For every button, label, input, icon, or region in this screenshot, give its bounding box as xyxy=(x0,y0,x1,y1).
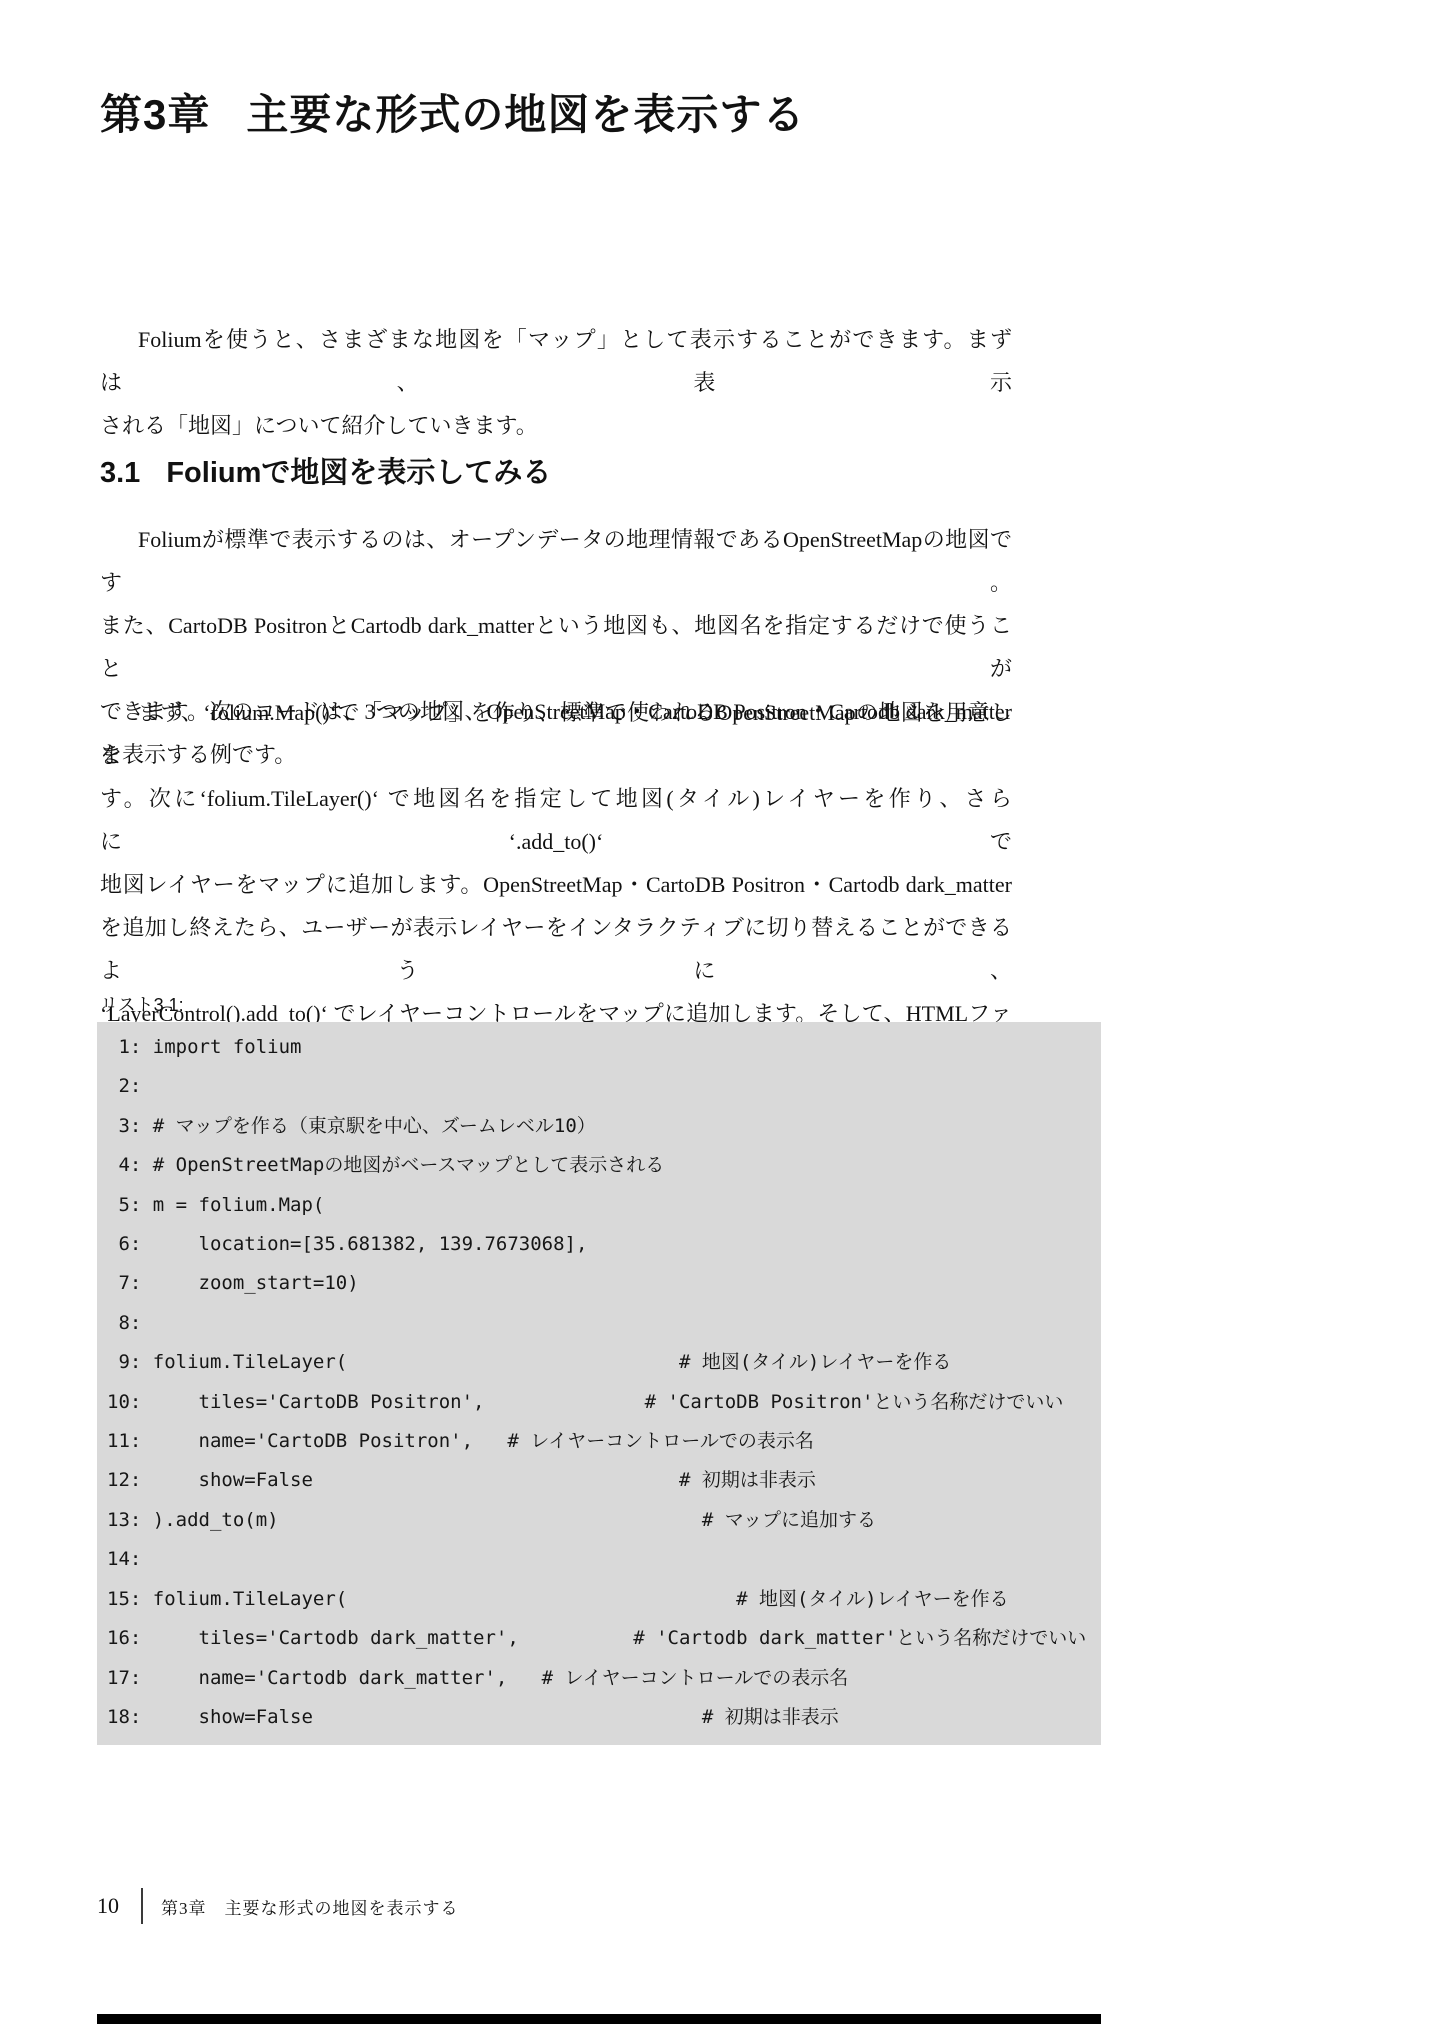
code-line: 2: xyxy=(107,1067,1101,1106)
code-line: 17: name='Cartodb dark_matter', # レイヤーコン… xyxy=(107,1659,1101,1698)
footer-divider xyxy=(141,1888,143,1924)
chapter-number: 第3章 xyxy=(100,91,210,138)
code-line: 4: # OpenStreetMapの地図がベースマップとして表示される xyxy=(107,1146,1101,1185)
section-number: 3.1 xyxy=(100,457,140,489)
paragraph-line: される「地図」について紹介していきます。 xyxy=(100,404,1012,447)
page-footer: 10 第3章 主要な形式の地図を表示する xyxy=(97,1888,459,1924)
chapter-title: 主要な形式の地図を表示する xyxy=(246,91,805,138)
code-line: 16: tiles='Cartodb dark_matter', # 'Cart… xyxy=(107,1619,1101,1658)
code-line: 13: ).add_to(m) # マップに追加する xyxy=(107,1501,1101,1540)
code-line: 9: folium.TileLayer( # 地図(タイル)レイヤーを作る xyxy=(107,1343,1101,1382)
paragraph-line: まず、‘folium.Map()‘で「マップ」を作り、標準で使われるOpenSt… xyxy=(100,691,1012,777)
code-line: 1: import folium xyxy=(107,1028,1101,1067)
paragraph-line: Foliumを使うと、さまざまな地図を「マップ」として表示することができます。ま… xyxy=(100,318,1012,404)
code-line: 8: xyxy=(107,1304,1101,1343)
code-line: 11: name='CartoDB Positron', # レイヤーコントロー… xyxy=(107,1422,1101,1461)
code-line: 18: show=False # 初期は非表示 xyxy=(107,1698,1101,1737)
listing-label: リスト3.1: xyxy=(100,991,184,1017)
section-heading: 3.1Foliumで地図を表示してみる xyxy=(100,450,551,491)
code-line: 15: folium.TileLayer( # 地図(タイル)レイヤーを作る xyxy=(107,1580,1101,1619)
footer-chapter-ref: 第3章 主要な形式の地図を表示する xyxy=(161,1894,459,1919)
code-line: 5: m = folium.Map( xyxy=(107,1186,1101,1225)
paragraph-line: 地図レイヤーをマップに追加します。OpenStreetMap・CartoDB P… xyxy=(100,863,1012,906)
paragraph-line: す。次に‘folium.TileLayer()‘ で地図名を指定して地図(タイル… xyxy=(100,777,1012,863)
page-edge-bar xyxy=(97,2014,1101,2024)
page-number: 10 xyxy=(97,1893,131,1919)
chapter-heading: 第3章主要な形式の地図を表示する xyxy=(100,82,805,142)
code-line: 14: xyxy=(107,1540,1101,1579)
code-line: 12: show=False # 初期は非表示 xyxy=(107,1461,1101,1500)
book-page: 第3章主要な形式の地図を表示する Foliumを使うと、さまざまな地図を「マップ… xyxy=(0,0,1433,2024)
code-listing: 1: import folium 2: 3: # マップを作る（東京駅を中心、ズ… xyxy=(97,1022,1101,1745)
code-line: 7: zoom_start=10) xyxy=(107,1264,1101,1303)
intro-paragraph: Foliumを使うと、さまざまな地図を「マップ」として表示することができます。ま… xyxy=(100,318,1012,447)
code-line: 3: # マップを作る（東京駅を中心、ズームレベル10） xyxy=(107,1107,1101,1146)
paragraph-line: を追加し終えたら、ユーザーが表示レイヤーをインタラクティブに切り替えることができ… xyxy=(100,906,1012,992)
paragraph-line: また、CartoDB PositronとCartodb dark_matterと… xyxy=(100,604,1012,690)
code-line: 10: tiles='CartoDB Positron', # 'CartoDB… xyxy=(107,1383,1101,1422)
code-line: 6: location=[35.681382, 139.7673068], xyxy=(107,1225,1101,1264)
paragraph-line: Foliumが標準で表示するのは、オープンデータの地理情報であるOpenStre… xyxy=(100,518,1012,604)
section-title: Foliumで地図を表示してみる xyxy=(166,457,551,489)
